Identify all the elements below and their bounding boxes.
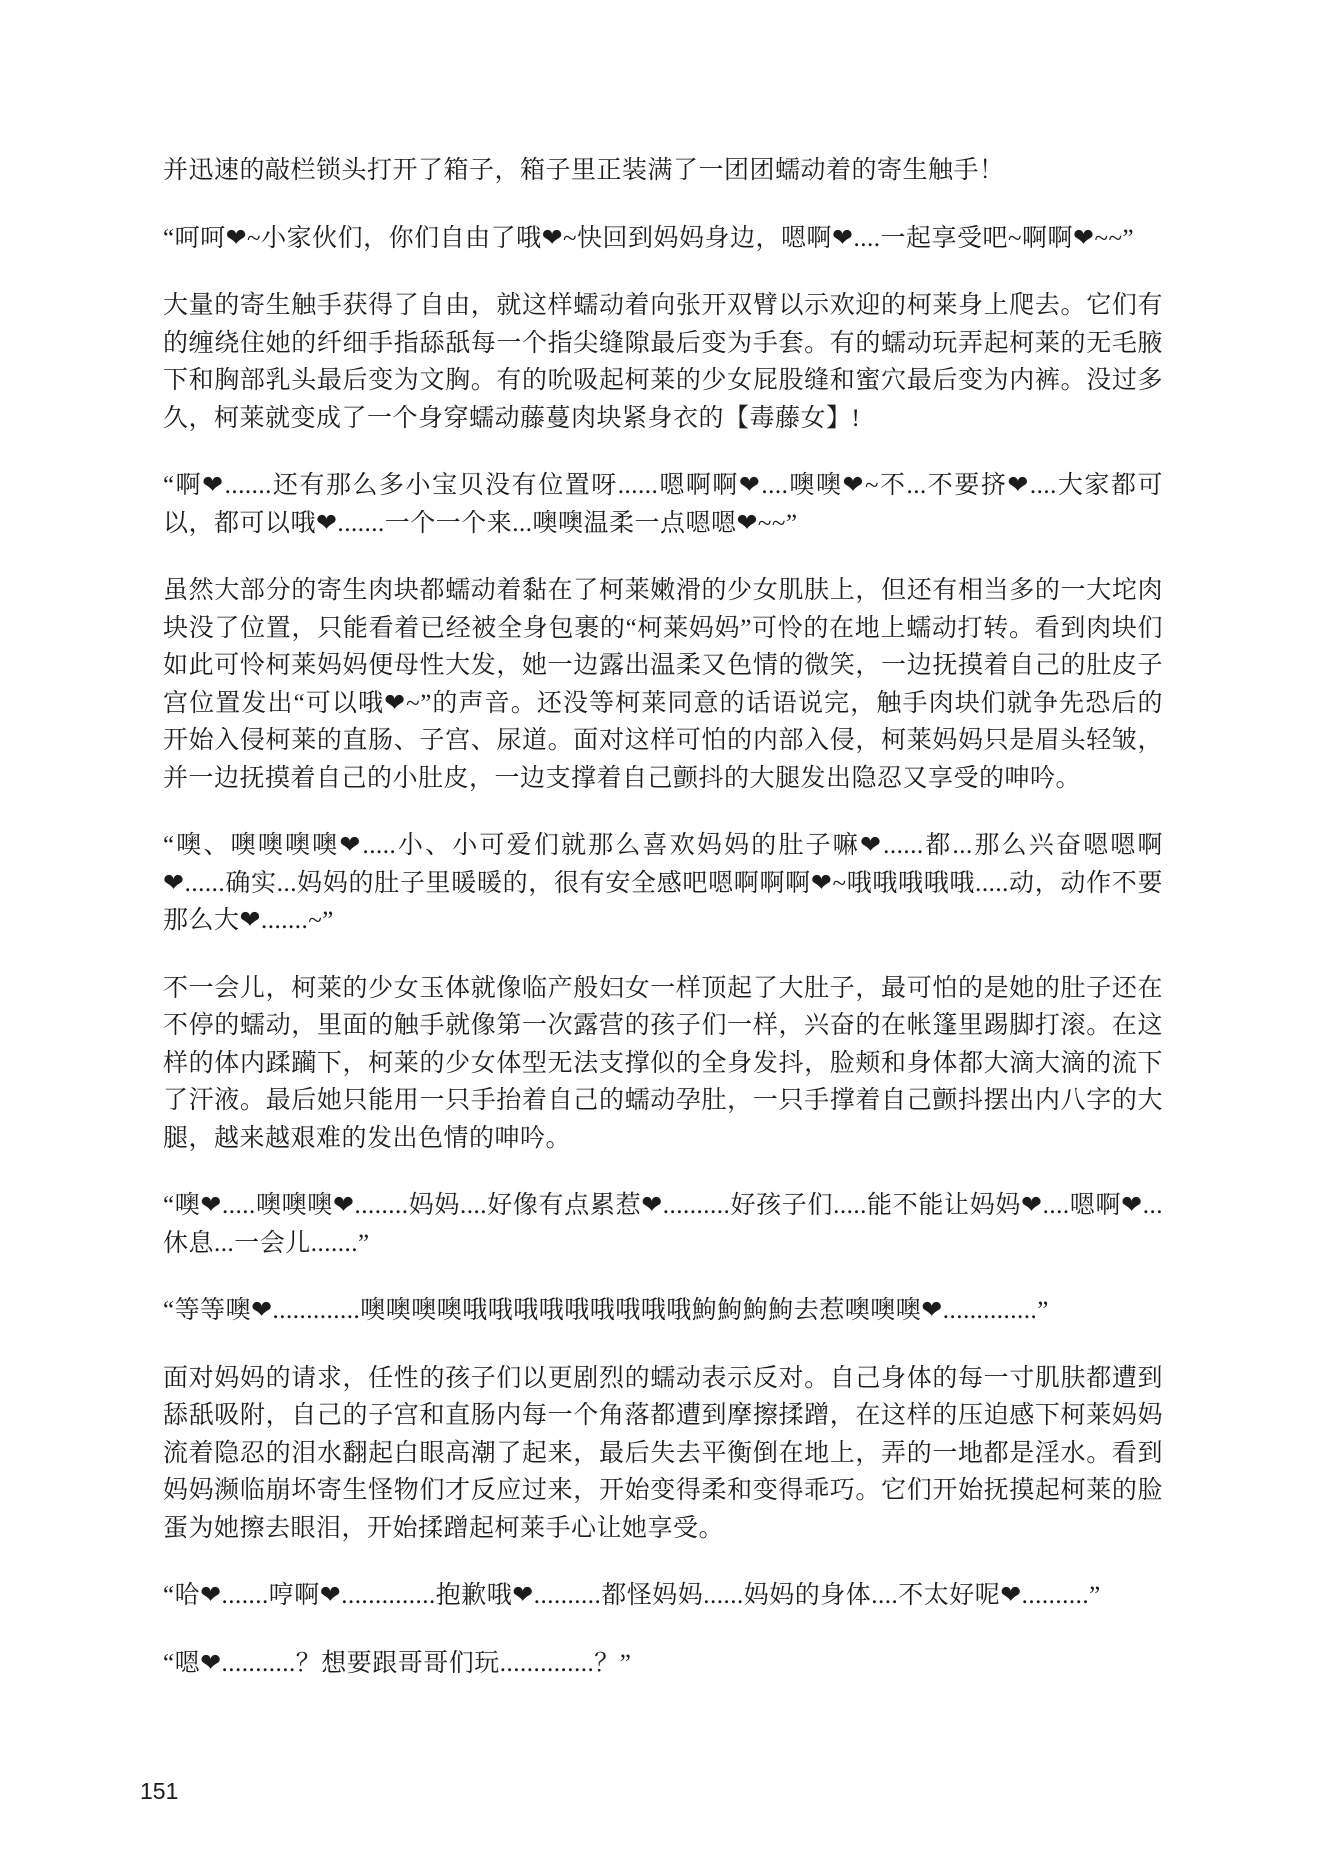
paragraph-narration: 并迅速的敲栏锁头打开了箱子，箱子里正装满了一团团蠕动着的寄生触手！ — [163, 152, 1163, 190]
paragraph-dialogue: “等等噢❤.............噢噢噢噢哦哦哦哦哦哦哦哦哦鮈鮈鮈鮈去惹噢噢噢… — [163, 1292, 1163, 1330]
paragraph-dialogue: “噢❤.....噢噢噢❤........妈妈....好像有点累惹❤.......… — [163, 1187, 1163, 1262]
page-content: 并迅速的敲栏锁头打开了箱子，箱子里正装满了一团团蠕动着的寄生触手！ “呵呵❤~小… — [163, 152, 1163, 1712]
paragraph-dialogue: “呵呵❤~小家伙们，你们自由了哦❤~快回到妈妈身边，嗯啊❤....一起享受吧~啊… — [163, 220, 1163, 258]
document-page: 并迅速的敲栏锁头打开了箱子，箱子里正装满了一团团蠕动着的寄生触手！ “呵呵❤~小… — [0, 0, 1323, 1871]
paragraph-narration: 不一会儿，柯莱的少女玉体就像临产般妇女一样顶起了大肚子，最可怕的是她的肚子还在不… — [163, 970, 1163, 1158]
paragraph-dialogue: “啊❤.......还有那么多小宝贝没有位置呀......嗯啊啊❤....噢噢❤… — [163, 467, 1163, 542]
paragraph-narration: 面对妈妈的请求，任性的孩子们以更剧烈的蠕动表示反对。自己身体的每一寸肌肤都遭到舔… — [163, 1360, 1163, 1548]
page-number: 151 — [140, 1778, 178, 1805]
paragraph-dialogue: “嗯❤...........？想要跟哥哥们玩..............？” — [163, 1645, 1163, 1683]
paragraph-narration: 大量的寄生触手获得了自由，就这样蠕动着向张开双臂以示欢迎的柯莱身上爬去。它们有的… — [163, 287, 1163, 437]
paragraph-dialogue: “哈❤.......哼啊❤..............抱歉哦❤.........… — [163, 1577, 1163, 1615]
paragraph-narration: 虽然大部分的寄生肉块都蠕动着黏在了柯莱嫩滑的少女肌肤上，但还有相当多的一大坨肉块… — [163, 572, 1163, 797]
paragraph-dialogue: “噢、噢噢噢噢❤.....小、小可爱们就那么喜欢妈妈的肚子嘛❤......都..… — [163, 827, 1163, 940]
